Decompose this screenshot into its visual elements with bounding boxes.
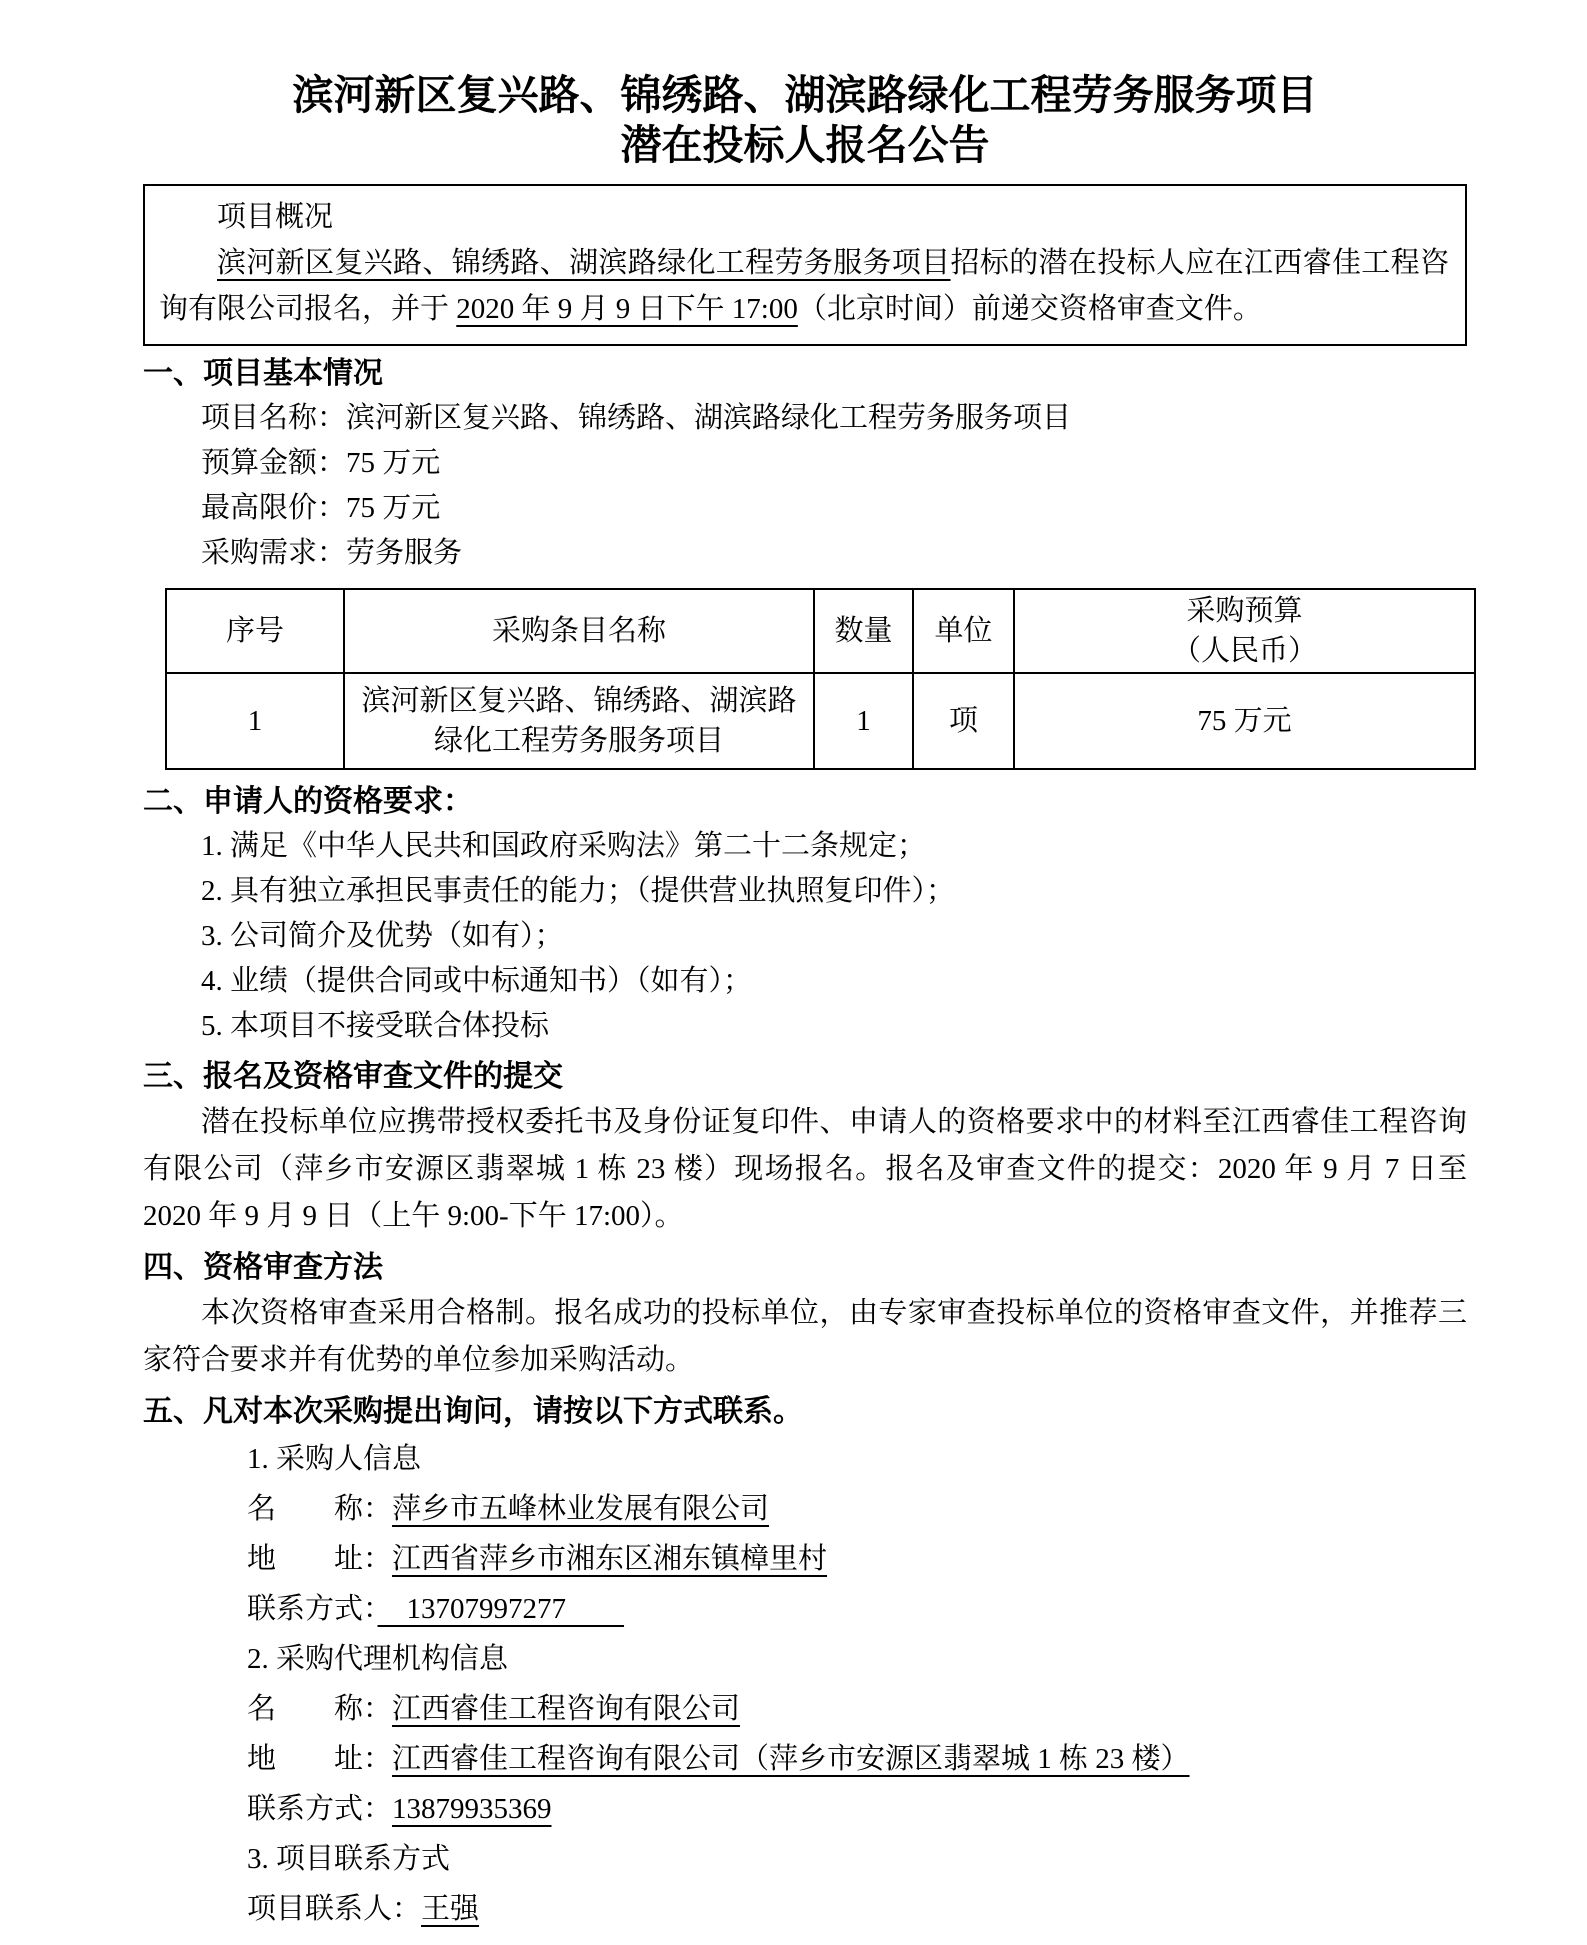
- project-contact-label: 项目联系人：: [247, 1893, 421, 1925]
- agency-info-heading: 2. 采购代理机构信息: [247, 1634, 1467, 1684]
- agency-name-line: 名 称：江西睿佳工程咨询有限公司: [247, 1684, 1467, 1734]
- document-title-line1: 滨河新区复兴路、锦绣路、湖滨路绿化工程劳务服务项目: [143, 70, 1467, 120]
- purchaser-info-heading: 1. 采购人信息: [247, 1434, 1467, 1484]
- col-header-quantity: 数量: [814, 589, 913, 673]
- requirement-item-4: 4. 业绩（提供合同或中标通知书）（如有）；: [201, 959, 1467, 1004]
- purchaser-info-block: 1. 采购人信息 名 称：萍乡市五峰林业发展有限公司 地 址：江西省萍乡市湘东区…: [247, 1434, 1467, 1634]
- purchaser-contact-value: 13707997277: [378, 1593, 625, 1625]
- purchaser-address-line: 地 址：江西省萍乡市湘东区湘东镇樟里村: [247, 1534, 1467, 1584]
- section1-heading: 一、项目基本情况: [143, 352, 1467, 396]
- purchaser-address-label: 地 址：: [247, 1543, 392, 1575]
- agency-address-line: 地 址：江西睿佳工程咨询有限公司（萍乡市安源区翡翠城 1 栋 23 楼）: [247, 1734, 1467, 1784]
- agency-contact-value: 13879935369: [392, 1793, 552, 1825]
- procurement-table: 序号 采购条目名称 数量 单位 采购预算 （人民币） 1 滨河新区复兴路、锦绣路…: [165, 588, 1476, 770]
- col-header-budget: 采购预算 （人民币）: [1014, 589, 1475, 673]
- price-cap-line: 最高限价：75 万元: [201, 486, 1467, 531]
- purchaser-address-value: 江西省萍乡市湘东区湘东镇樟里村: [392, 1543, 827, 1575]
- section5-heading: 五、凡对本次采购提出询问，请按以下方式联系。: [143, 1390, 1467, 1434]
- project-name-line: 项目名称：滨河新区复兴路、锦绣路、湖滨路绿化工程劳务服务项目: [201, 396, 1467, 441]
- requirement-item-5: 5. 本项目不接受联合体投标: [201, 1004, 1467, 1049]
- col-header-budget-line1: 采购预算: [1025, 591, 1464, 631]
- table-row: 1 滨河新区复兴路、锦绣路、湖滨路绿化工程劳务服务项目 1 项 75 万元: [166, 673, 1475, 769]
- purchaser-name-line: 名 称：萍乡市五峰林业发展有限公司: [247, 1484, 1467, 1534]
- budget-line: 预算金额：75 万元: [201, 441, 1467, 486]
- purchaser-contact-label: 联系方式：: [247, 1593, 378, 1625]
- cell-seq: 1: [166, 673, 344, 769]
- procurement-demand-line: 采购需求：劳务服务: [201, 531, 1467, 576]
- purchaser-contact-line: 联系方式： 13707997277: [247, 1584, 1467, 1634]
- section3-heading: 三、报名及资格审查文件的提交: [143, 1055, 1467, 1099]
- document-page: 滨河新区复兴路、锦绣路、湖滨路绿化工程劳务服务项目 潜在投标人报名公告 项目概况…: [0, 0, 1587, 1945]
- project-contact-line: 项目联系人：王强: [247, 1884, 1467, 1934]
- project-overview-box: 项目概况 滨河新区复兴路、锦绣路、湖滨路绿化工程劳务服务项目招标的潜在投标人应在…: [143, 184, 1467, 346]
- overview-project-name-underlined: 滨河新区复兴路、锦绣路、湖滨路绿化工程劳务服务项目: [217, 247, 951, 279]
- section3-paragraph: 潜在投标单位应携带授权委托书及身份证复印件、申请人的资格要求中的材料至江西睿佳工…: [143, 1099, 1467, 1240]
- agency-contact-line: 联系方式：13879935369: [247, 1784, 1467, 1834]
- section2-heading: 二、申请人的资格要求：: [143, 780, 1467, 824]
- requirement-item-2: 2. 具有独立承担民事责任的能力；（提供营业执照复印件）；: [201, 869, 1467, 914]
- project-overview-paragraph: 滨河新区复兴路、锦绣路、湖滨路绿化工程劳务服务项目招标的潜在投标人应在江西睿佳工…: [159, 240, 1449, 332]
- cell-item-name: 滨河新区复兴路、锦绣路、湖滨路绿化工程劳务服务项目: [344, 673, 814, 769]
- purchaser-name-value: 萍乡市五峰林业发展有限公司: [392, 1493, 769, 1525]
- col-header-budget-line2: （人民币）: [1025, 631, 1464, 671]
- agency-address-label: 地 址：: [247, 1743, 392, 1775]
- project-overview-label: 项目概况: [159, 194, 1449, 240]
- cell-unit: 项: [913, 673, 1014, 769]
- document-title-line2: 潜在投标人报名公告: [143, 120, 1467, 170]
- project-contact-block: 3. 项目联系方式 项目联系人：王强: [247, 1834, 1467, 1934]
- project-contact-value: 王强: [421, 1893, 479, 1925]
- col-header-seq: 序号: [166, 589, 344, 673]
- agency-contact-label: 联系方式：: [247, 1793, 392, 1825]
- document-title: 滨河新区复兴路、锦绣路、湖滨路绿化工程劳务服务项目 潜在投标人报名公告: [143, 70, 1467, 170]
- col-header-item-name: 采购条目名称: [344, 589, 814, 673]
- requirement-item-3: 3. 公司简介及优势（如有）；: [201, 914, 1467, 959]
- agency-name-value: 江西睿佳工程咨询有限公司: [392, 1693, 740, 1725]
- overview-deadline-underlined: 2020 年 9 月 9 日下午 17:00: [456, 293, 798, 325]
- agency-info-block: 2. 采购代理机构信息 名 称：江西睿佳工程咨询有限公司 地 址：江西睿佳工程咨…: [247, 1634, 1467, 1834]
- agency-name-label: 名 称：: [247, 1693, 392, 1725]
- table-header-row: 序号 采购条目名称 数量 单位 采购预算 （人民币）: [166, 589, 1475, 673]
- overview-text-tail: （北京时间）前递交资格审查文件。: [798, 293, 1262, 325]
- purchaser-name-label: 名 称：: [247, 1493, 392, 1525]
- requirement-item-1: 1. 满足《中华人民共和国政府采购法》第二十二条规定；: [201, 824, 1467, 869]
- cell-quantity: 1: [814, 673, 913, 769]
- project-contact-heading: 3. 项目联系方式: [247, 1834, 1467, 1884]
- section4-heading: 四、资格审查方法: [143, 1246, 1467, 1290]
- section4-paragraph: 本次资格审查采用合格制。报名成功的投标单位，由专家审查投标单位的资格审查文件，并…: [143, 1290, 1467, 1384]
- agency-address-value: 江西睿佳工程咨询有限公司（萍乡市安源区翡翠城 1 栋 23 楼）: [392, 1743, 1190, 1775]
- cell-budget: 75 万元: [1014, 673, 1475, 769]
- col-header-unit: 单位: [913, 589, 1014, 673]
